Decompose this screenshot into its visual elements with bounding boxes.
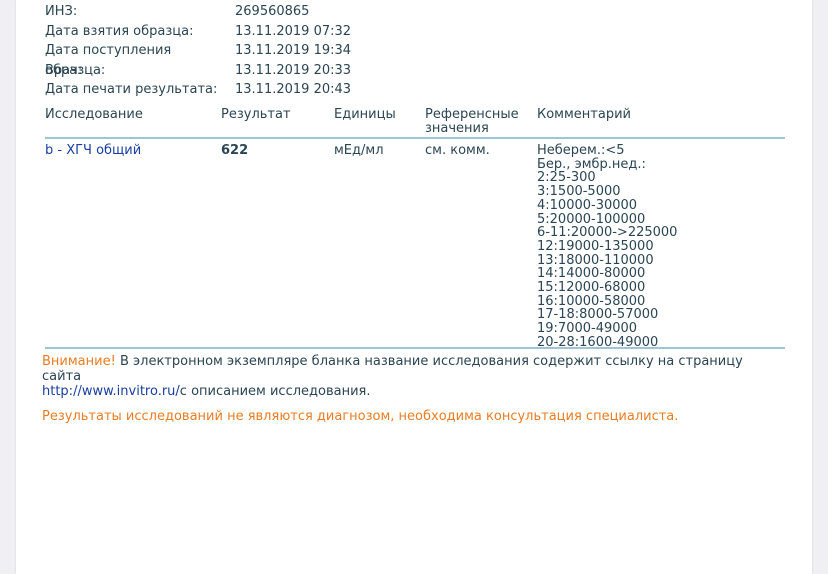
site-link[interactable]: http://www.invitro.ru/ xyxy=(42,384,180,399)
info-value: 269560865 xyxy=(235,2,309,22)
comment-line: 2:25-300 xyxy=(537,171,677,185)
table-row: b - ХГЧ общий 622 мЕд/мл см. комм. Небер… xyxy=(45,139,785,349)
result-page: ИНЗ: 269560865 Дата взятия образца: 13.1… xyxy=(16,0,812,574)
info-value: 13.11.2019 07:32 xyxy=(235,22,351,42)
table-header: Исследование Результат Единицы Референсн… xyxy=(45,107,785,139)
info-row-inz: ИНЗ: 269560865 xyxy=(45,2,351,22)
warning-note: Внимание! В электронном экземпляре бланк… xyxy=(42,354,782,399)
disclaimer: Результаты исследований не являются диаг… xyxy=(42,409,782,424)
comment-line: 6-11:20000->225000 xyxy=(537,226,677,240)
info-row-print-date: Дата печати результата: 13.11.2019 20:43 xyxy=(45,80,351,100)
info-label: ИНЗ: xyxy=(45,2,235,22)
info-row-doctor: Врач: 13.11.2019 20:33 xyxy=(45,61,351,81)
site-link-suffix: с описанием исследования. xyxy=(180,384,371,399)
info-value: 13.11.2019 20:43 xyxy=(235,80,351,100)
info-row-sample-date: Дата взятия образца: 13.11.2019 07:32 xyxy=(45,22,351,42)
results-table: Исследование Результат Единицы Референсн… xyxy=(45,107,785,349)
comment-line: 15:12000-68000 xyxy=(537,281,677,295)
test-name-link[interactable]: b - ХГЧ общий xyxy=(45,144,141,158)
comment-line: 5:20000-100000 xyxy=(537,213,677,227)
info-value: 13.11.2019 19:34 xyxy=(235,41,351,61)
reference-value: см. комм. xyxy=(425,144,490,158)
header-result: Результат xyxy=(221,108,291,122)
sample-info: ИНЗ: 269560865 Дата взятия образца: 13.1… xyxy=(45,2,351,100)
comment-line: 20-28:1600-49000 xyxy=(537,336,677,350)
comment-line: Бер., эмбр.нед.: xyxy=(537,158,677,172)
header-reference: Референсные значения xyxy=(425,108,519,136)
result-value: 622 xyxy=(221,144,248,158)
header-units: Единицы xyxy=(334,108,396,122)
comment-line: 17-18:8000-57000 xyxy=(537,308,677,322)
header-comment: Комментарий xyxy=(537,108,631,122)
info-label: Дата взятия образца: xyxy=(45,22,235,42)
comment-list: Неберем.:<5Бер., эмбр.нед.:2:25-3003:150… xyxy=(537,144,677,350)
info-row-received-date: Дата поступления образца: 13.11.2019 19:… xyxy=(45,41,351,61)
header-test: Исследование xyxy=(45,108,143,122)
header-reference-line1: Референсные xyxy=(425,107,519,122)
comment-line: 13:18000-110000 xyxy=(537,254,677,268)
info-label: Врач: xyxy=(45,61,235,81)
comment-line: Неберем.:<5 xyxy=(537,144,677,158)
comment-line: 14:14000-80000 xyxy=(537,267,677,281)
comment-line: 3:1500-5000 xyxy=(537,185,677,199)
comment-line: 16:10000-58000 xyxy=(537,295,677,309)
comment-line: 12:19000-135000 xyxy=(537,240,677,254)
comment-line: 19:7000-49000 xyxy=(537,322,677,336)
warning-label: Внимание! xyxy=(42,354,116,369)
info-label: Дата поступления образца: xyxy=(45,41,235,61)
info-value: 13.11.2019 20:33 xyxy=(235,61,351,81)
comment-line: 4:10000-30000 xyxy=(537,199,677,213)
notes: Внимание! В электронном экземпляре бланк… xyxy=(42,354,782,424)
warning-text: В электронном экземпляре бланка название… xyxy=(42,354,743,384)
info-label: Дата печати результата: xyxy=(45,80,235,100)
header-reference-line2: значения xyxy=(425,121,489,136)
units-value: мЕд/мл xyxy=(334,144,384,158)
